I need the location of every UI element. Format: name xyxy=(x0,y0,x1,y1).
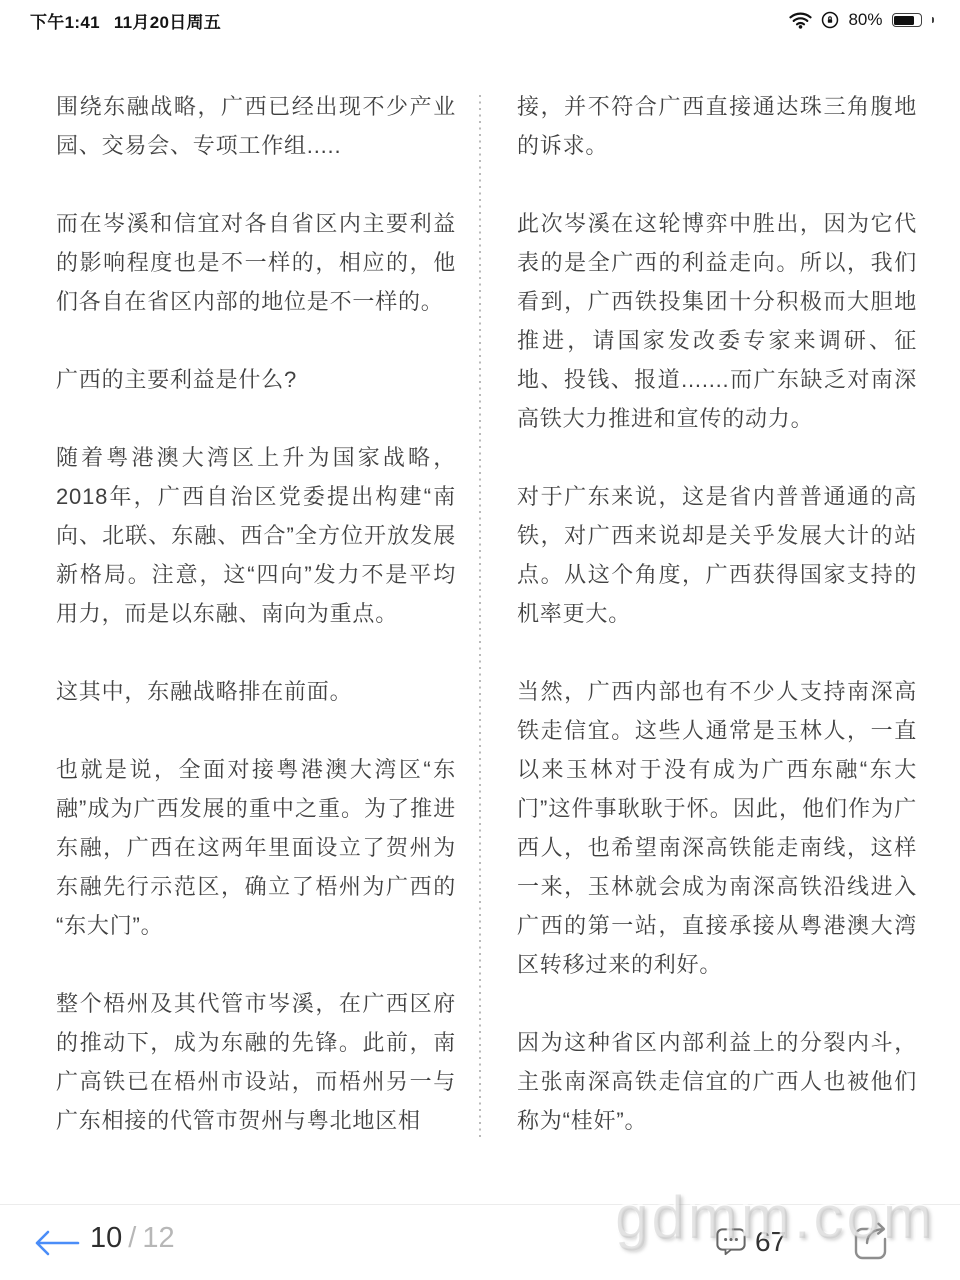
article-column-left: 围绕东融战略，广西已经出现不少产业园、交易会、专项工作组..... 而在岑溪和信… xyxy=(56,87,456,1140)
page-current: 10 xyxy=(90,1222,122,1254)
battery-percent: 80% xyxy=(848,10,882,30)
page-total: 12 xyxy=(142,1222,174,1254)
paragraph: 而在岑溪和信宜对各自省区内主要利益的影响程度也是不一样的，相应的，他们各自在省区… xyxy=(56,204,456,321)
back-button[interactable] xyxy=(34,1228,80,1258)
status-time: 下午1:41 xyxy=(30,8,100,33)
paragraph: 此次岑溪在这轮博弈中胜出，因为它代表的是全广西的利益走向。所以，我们看到，广西铁… xyxy=(517,204,917,438)
comment-bubble-icon xyxy=(716,1228,746,1257)
footer-toolbar: 10/12 67 xyxy=(0,1204,960,1280)
reader-screen: 下午1:41 11月20日周五 80% xyxy=(0,0,960,1280)
paragraph: 也就是说，全面对接粤港澳大湾区“东融”成为广西发展的重中之重。为了推进东融，广西… xyxy=(56,750,456,945)
status-right: 80% xyxy=(789,10,934,30)
comment-count: 67 xyxy=(755,1226,786,1258)
paragraph: 接，并不符合广西直接通达珠三角腹地的诉求。 xyxy=(517,87,917,165)
share-icon xyxy=(851,1219,893,1263)
paragraph: 因为这种省区内部利益上的分裂内斗，主张南深高铁走信宜的广西人也被他们称为“桂奸”… xyxy=(517,1023,917,1140)
paragraph: 当然，广西内部也有不少人支持南深高铁走信宜。这些人通常是玉林人，一直以来玉林对于… xyxy=(517,672,917,984)
battery-icon xyxy=(892,13,922,27)
column-divider xyxy=(479,95,481,1140)
rotation-lock-icon xyxy=(821,11,839,29)
status-bar: 下午1:41 11月20日周五 80% xyxy=(0,0,960,32)
wifi-icon xyxy=(789,12,812,29)
paragraph: 围绕东融战略，广西已经出现不少产业园、交易会、专项工作组..... xyxy=(56,87,456,165)
paragraph: 整个梧州及其代管市岑溪，在广西区府的推动下，成为东融的先锋。此前，南广高铁已在梧… xyxy=(56,984,456,1140)
battery-nub xyxy=(932,17,935,23)
article-content: 围绕东融战略，广西已经出现不少产业园、交易会、专项工作组..... 而在岑溪和信… xyxy=(0,87,917,1140)
page-indicator: 10/12 xyxy=(90,1222,175,1255)
page-separator: / xyxy=(128,1222,136,1254)
paragraph: 这其中，东融战略排在前面。 xyxy=(56,672,456,711)
paragraph: 广西的主要利益是什么? xyxy=(56,360,456,399)
status-date: 11月20日周五 xyxy=(114,8,221,33)
article-column-right: 接，并不符合广西直接通达珠三角腹地的诉求。 此次岑溪在这轮博弈中胜出，因为它代表… xyxy=(517,87,917,1140)
paragraph: 随着粤港澳大湾区上升为国家战略，2018年，广西自治区党委提出构建“南向、北联、… xyxy=(56,438,456,633)
comment-button[interactable]: 67 xyxy=(716,1226,786,1258)
back-arrow-icon xyxy=(34,1228,80,1258)
status-left: 下午1:41 11月20日周五 xyxy=(30,8,221,33)
paragraph: 对于广东来说，这是省内普普通通的高铁，对广西来说却是关乎发展大计的站点。从这个角… xyxy=(517,477,917,633)
share-button[interactable] xyxy=(851,1219,893,1266)
